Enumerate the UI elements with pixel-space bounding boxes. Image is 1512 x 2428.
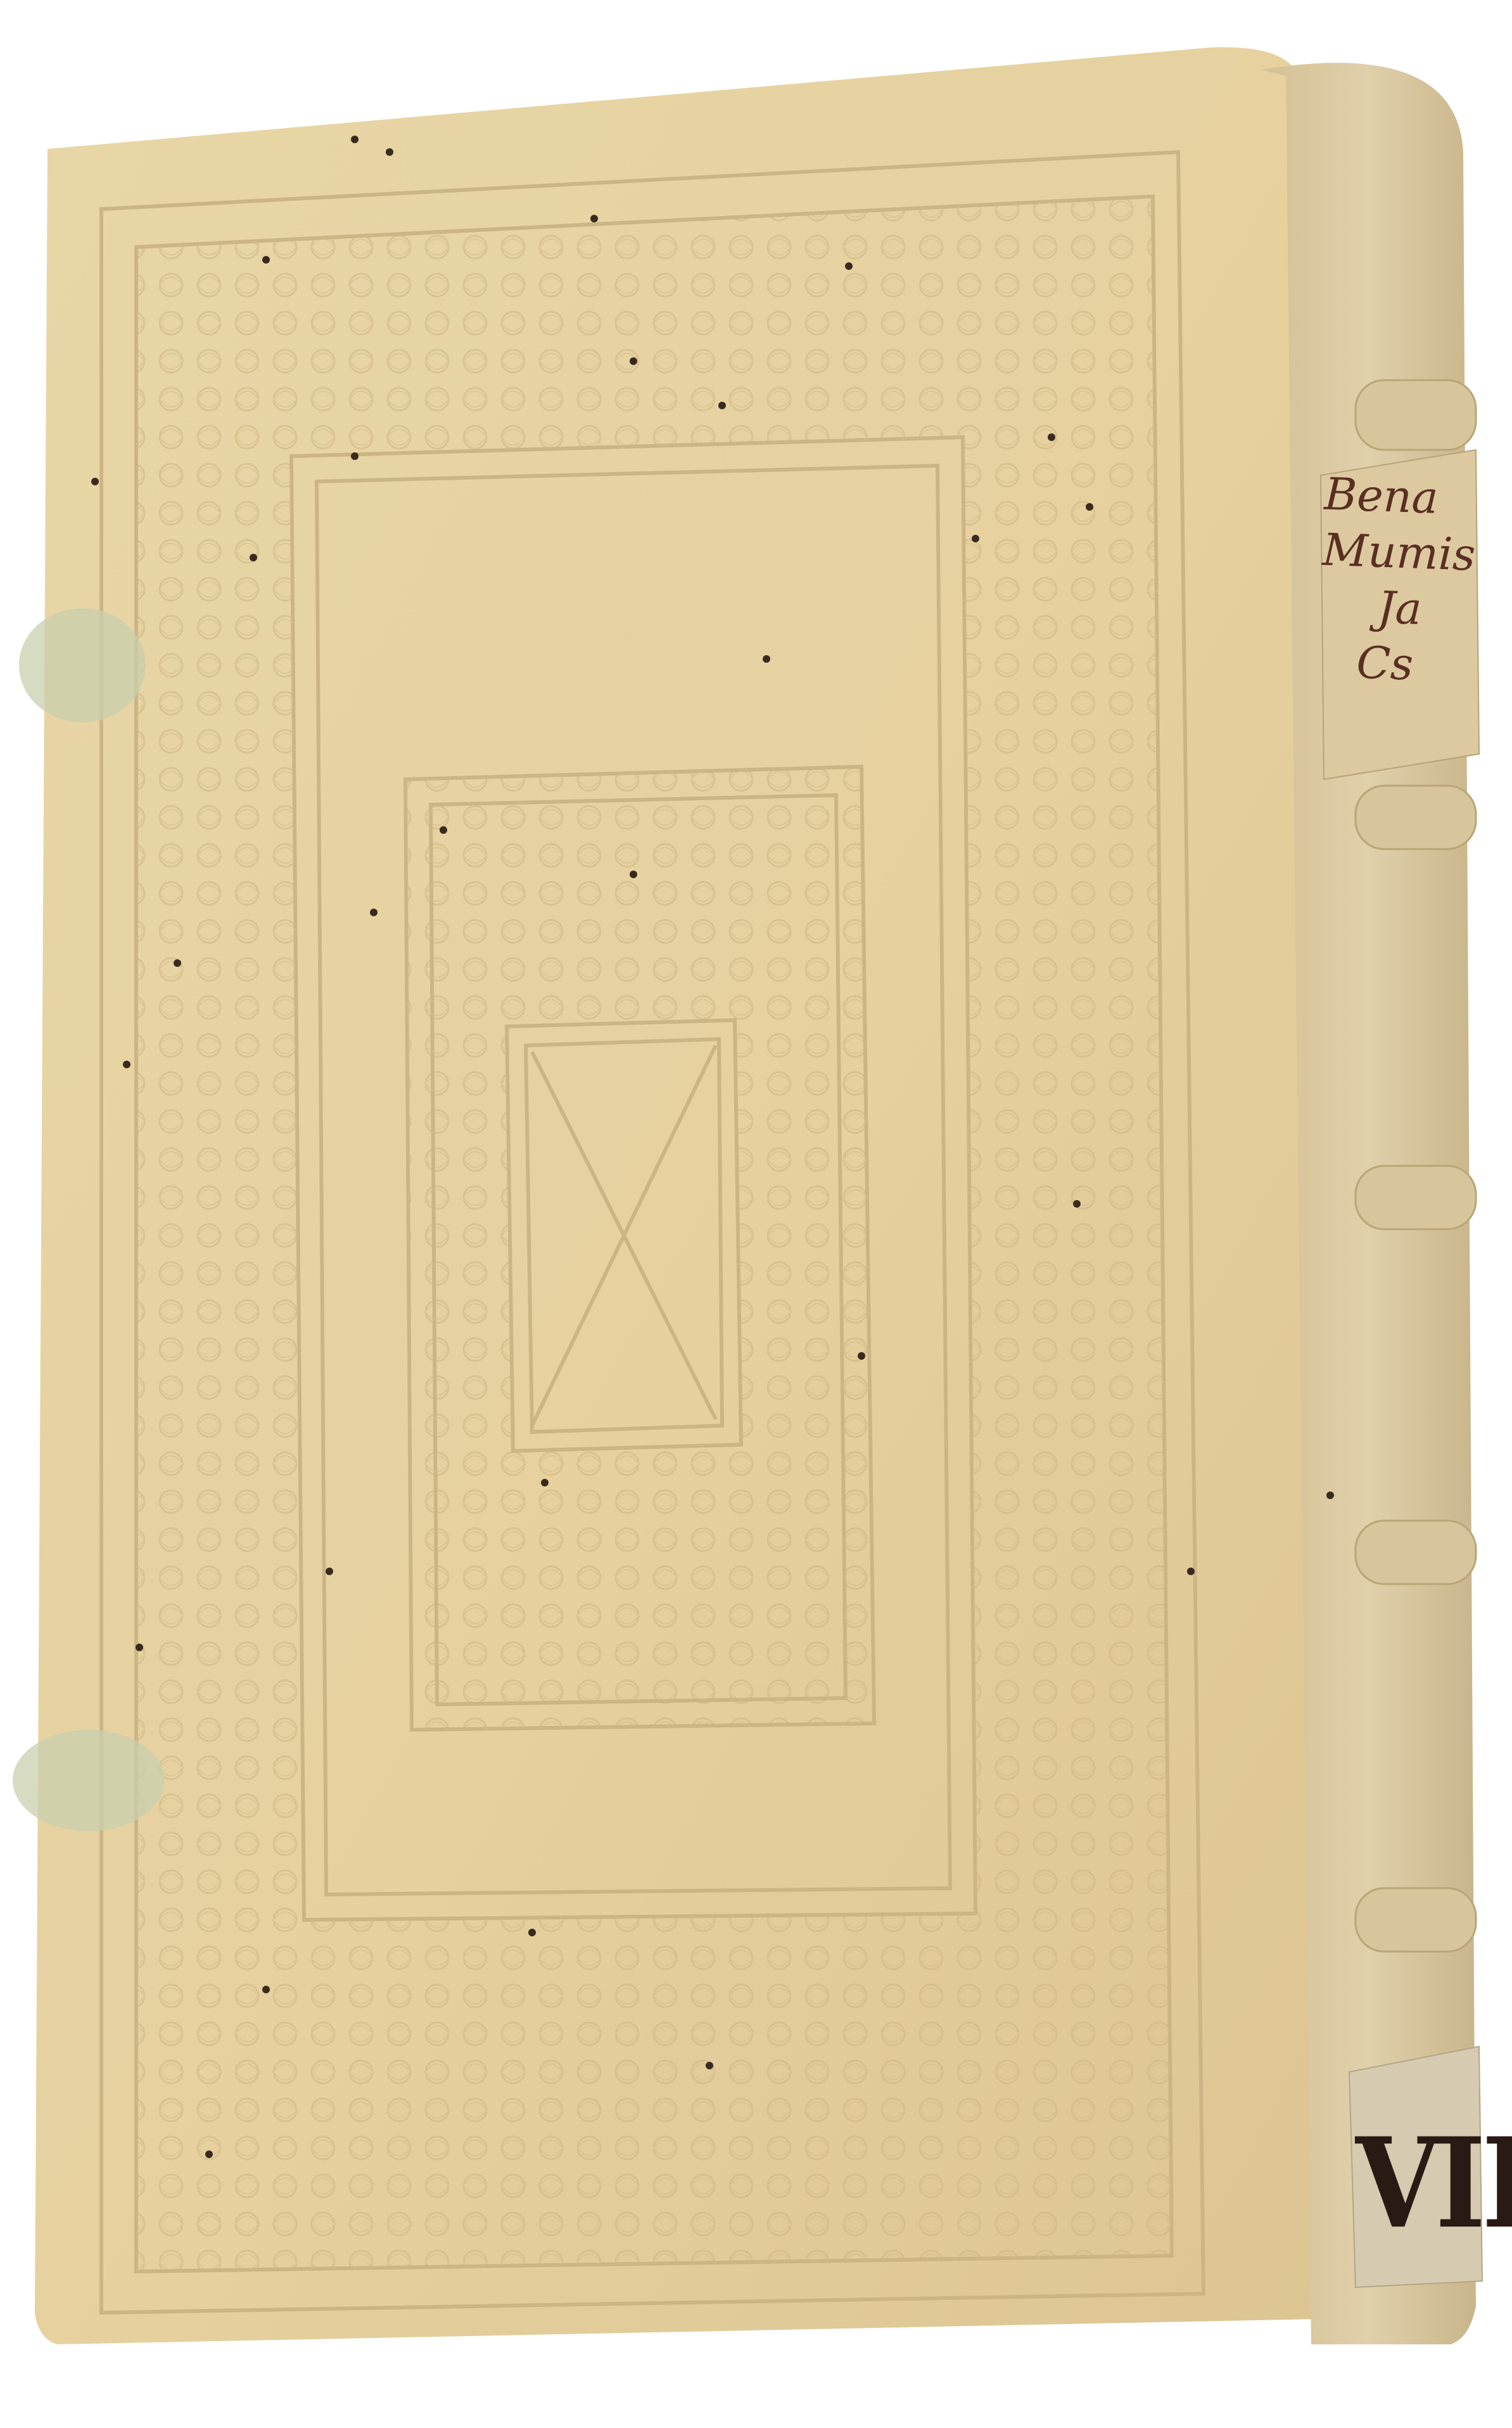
- spine-shelfmark-label: VII: [1356, 2111, 1508, 2293]
- book-photo: Bena Mumis Ja Cs VII: [0, 0, 1512, 2428]
- spine-title-line: Bena: [1323, 466, 1490, 528]
- book-illustration: [0, 0, 1512, 2428]
- spine-title-line: Ja: [1319, 577, 1486, 639]
- spine-title-label: Bena Mumis Ja Cs: [1316, 466, 1490, 738]
- spine-title-line: Mumis: [1321, 522, 1488, 584]
- spine-title-line: Cs: [1318, 633, 1484, 694]
